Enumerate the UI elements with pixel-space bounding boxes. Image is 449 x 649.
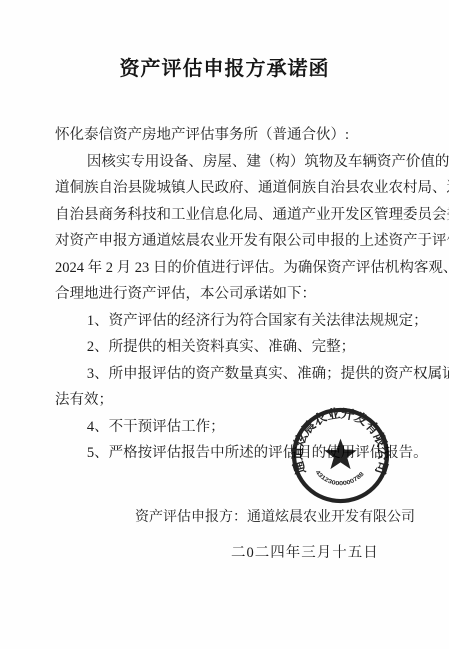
seal-number: 43123000000788: [314, 470, 367, 488]
numbered-item-3: 3、所申报评估的资产数量真实、准确；提供的资产权属证明文件合: [55, 361, 425, 388]
body-line: 道侗族自治县陇城镇人民政府、通道侗族自治县农业农村局、通道侗族: [55, 175, 425, 202]
numbered-item-1: 1、资产评估的经济行为符合国家有关法律法规规定；: [55, 308, 425, 335]
svg-text:43123000000788: 43123000000788: [314, 470, 367, 488]
body-line: 2024 年 2 月 23 日的价值进行评估。为确保资产评估机构客观、公正、: [55, 255, 425, 282]
signature-line: 资产评估申报方：通道炫晨农业开发有限公司: [135, 506, 415, 526]
body-line: 自治县商务科技和工业信息化局、通道产业开发区管理委员会委托贵所: [55, 202, 425, 229]
numbered-item-2: 2、所提供的相关资料真实、准确、完整；: [55, 334, 425, 361]
body-line: 合理地进行资产评估，本公司承诺如下：: [55, 281, 425, 308]
body-line: 对资产申报方通道炫晨农业开发有限公司申报的上述资产于评估基准日: [55, 228, 425, 255]
salutation: 怀化泰信资产房地产评估事务所（普通合伙）:: [55, 122, 425, 149]
company-seal: 通道炫晨农业开发有限公司 43123000000788: [290, 406, 391, 505]
star-icon: [324, 439, 357, 469]
date-line: 二0二四年三月十五日: [231, 541, 379, 562]
body-line: 因核实专用设备、房屋、建（构）筑物及车辆资产价值的需要，通: [55, 149, 425, 176]
document-page: 资产评估申报方承诺函 怀化泰信资产房地产评估事务所（普通合伙）: 因核实专用设备…: [0, 0, 449, 649]
document-title: 资产评估申报方承诺函: [0, 52, 449, 81]
